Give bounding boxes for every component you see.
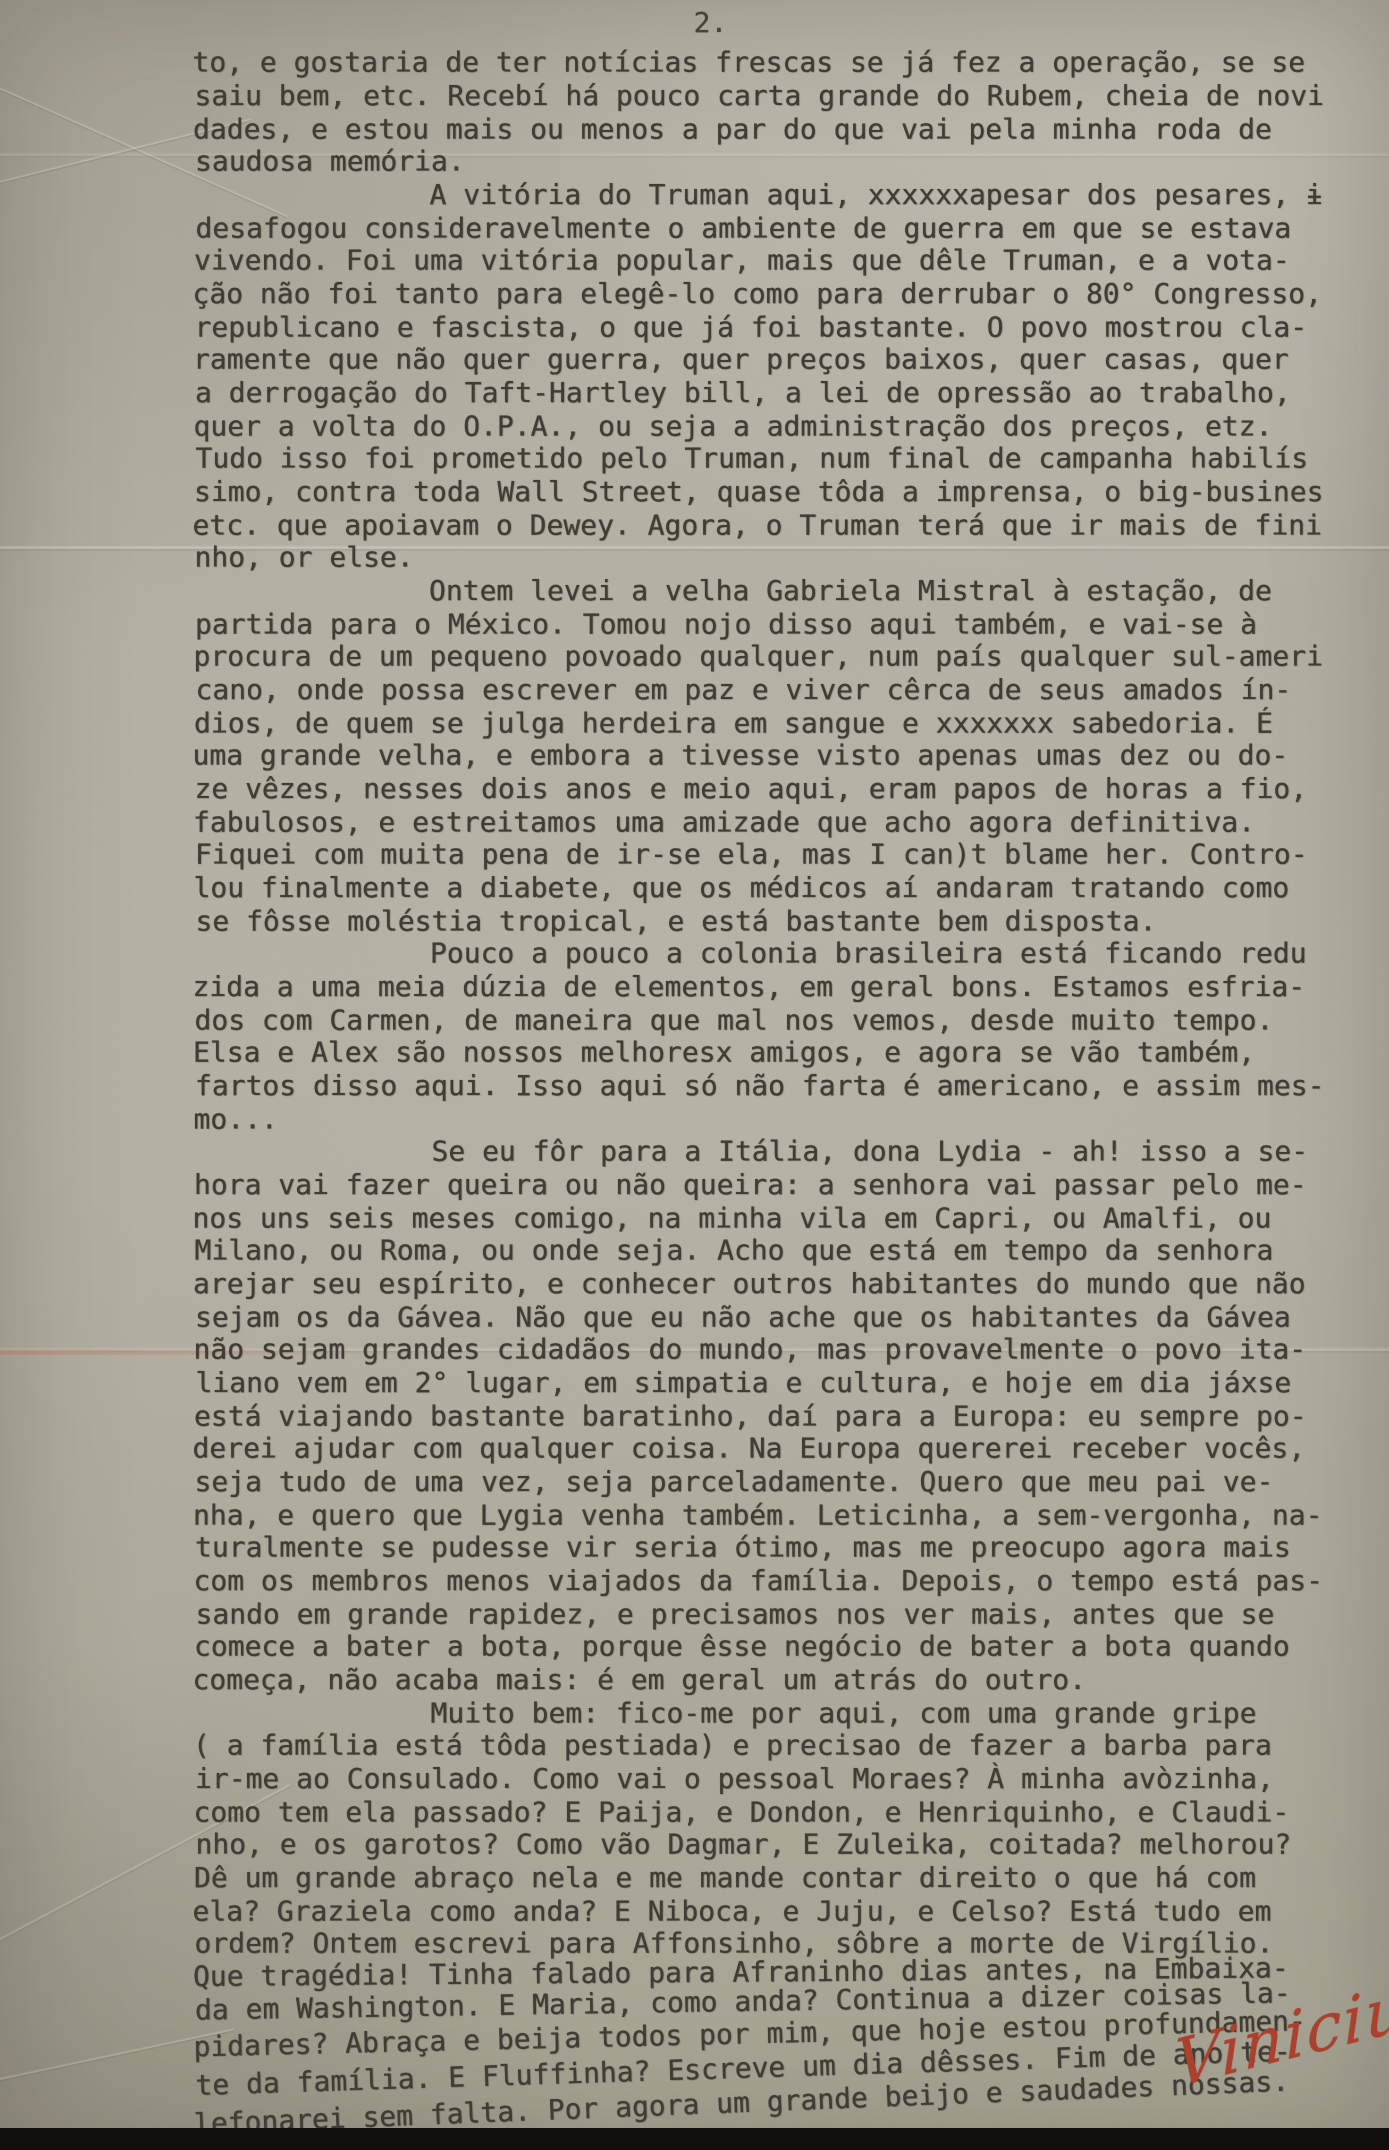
letter-line: fartos disso aqui. Isso aqui só não fart…	[195, 1069, 1355, 1102]
scanned-letter-page-2: 2. to, e gostaria de ter notícias fresca…	[0, 0, 1389, 2150]
letter-line: dios, de quem se julga herdeira em sangu…	[194, 707, 1354, 740]
letter-line: saudosa memória.	[195, 144, 1355, 177]
letter-line: começa, não acaba mais: é em geral um at…	[193, 1663, 1353, 1696]
letter-line: saiu bem, etc. Recebí há pouco carta gra…	[195, 79, 1355, 112]
letter-line: derei ajudar com qualquer coisa. Na Euro…	[193, 1431, 1353, 1464]
letter-line: procura de um pequeno povoado qualquer, …	[194, 639, 1354, 672]
letter-line: se fôsse moléstia tropical, e está basta…	[196, 905, 1356, 938]
letter-line: lou finalmente a diabete, que os médicos…	[194, 871, 1354, 904]
letter-line: Ontem levei a velha Gabriela Mistral à e…	[193, 574, 1353, 607]
letter-line: to, e gostaria de ter notícias frescas s…	[193, 45, 1353, 78]
letter-line: ( a família está tôda pestiada) e precis…	[193, 1728, 1353, 1761]
letter-line: turalmente se pudesse vir seria ótimo, m…	[195, 1530, 1355, 1563]
letter-line: simo, contra toda Wall Street, quase tôd…	[194, 475, 1354, 508]
letter-line: ela? Graziela como anda? E Niboca, e Juj…	[193, 1895, 1353, 1928]
letter-line: ramente que não quer guerra, quer preços…	[193, 342, 1353, 375]
letter-line: A vitória do Truman aqui, xxxxxxapesar d…	[194, 178, 1354, 211]
letter-line: Tudo isso foi prometido pelo Truman, num…	[196, 441, 1356, 474]
letter-line: está viajando bastante baratinho, daí pa…	[194, 1400, 1354, 1433]
letter-line: mo...	[194, 1103, 1354, 1136]
letter-line: etc. que apoiavam o Dewey. Agora, o Trum…	[193, 509, 1353, 542]
letter-line: uma grande velha, e embora a tivesse vis…	[193, 738, 1353, 771]
letter-line: dades, e estou mais ou menos a par do qu…	[193, 113, 1353, 146]
letter-line: sejam os da Gávea. Não que eu não ache q…	[195, 1301, 1355, 1334]
letter-line: Fiquei com muita pena de ir-se ela, mas …	[195, 837, 1355, 870]
letter-line: com os membros menos viajados da família…	[194, 1564, 1354, 1597]
letter-line: como tem ela passado? E Paija, e Dondon,…	[194, 1796, 1354, 1829]
letter-line: ção não foi tanto para elegê-lo como par…	[193, 277, 1353, 310]
page-number: 2.	[16, 6, 1389, 39]
paper-sheet: 2. to, e gostaria de ter notícias fresca…	[0, 0, 1389, 2150]
letter-line: dos com Carmen, de maneira que mal nos v…	[195, 1004, 1355, 1037]
letter-line: republicano e fascista, o que já foi bas…	[195, 311, 1355, 344]
letter-line: sando em grande rapidez, e precisamos no…	[196, 1598, 1356, 1631]
letter-line: fabulosos, e estreitamos uma amizade que…	[193, 806, 1353, 839]
letter-line: comece a bater a bota, porque êsse negóc…	[194, 1629, 1354, 1662]
letter-line: arejar seu espírito, e conhecer outros h…	[193, 1267, 1353, 1300]
letter-line: Elsa e Alex são nossos melhoresx amigos,…	[193, 1035, 1353, 1068]
letter-body: to, e gostaria de ter notícias frescas s…	[194, 46, 1354, 2140]
letter-line: não sejam grandes cidadãos do mundo, mas…	[194, 1332, 1354, 1365]
letter-line: nos uns seis meses comigo, na minha vila…	[193, 1202, 1353, 1235]
letter-line: Muito bem: fico-me por aqui, com uma gra…	[195, 1697, 1355, 1730]
scanner-edge	[0, 2128, 1389, 2150]
letter-line: Se eu fôr para a Itália, dona Lydia - ah…	[196, 1134, 1356, 1167]
letter-line: nho, or else.	[195, 540, 1355, 573]
letter-line: desafogou consideravelmente o ambiente d…	[196, 212, 1356, 245]
letter-line: Dê um grande abraço nela e me mande cont…	[194, 1861, 1354, 1894]
letter-line: cano, onde possa escrever em paz e viver…	[196, 673, 1356, 706]
letter-line: seja tudo de uma vez, seja parceladament…	[195, 1465, 1355, 1498]
letter-line: hora vai fazer queira ou não queira: a s…	[194, 1168, 1354, 1201]
letter-line: quer a volta do O.P.A., ou seja a admini…	[194, 410, 1354, 443]
letter-line: ze vêzes, nesses dois anos e meio aqui, …	[195, 772, 1355, 805]
letter-line: ir-me ao Consulado. Como vai o pessoal M…	[195, 1762, 1355, 1795]
letter-line: vivendo. Foi uma vitória popular, mais q…	[194, 243, 1354, 276]
letter-line: zida a uma meia dúzia de elementos, em g…	[193, 970, 1353, 1003]
letter-line: partida para o México. Tomou nojo disso …	[195, 608, 1355, 641]
letter-line: liano vem em 2° lugar, em simpatia e cul…	[196, 1366, 1356, 1399]
letter-line: Pouco a pouco a colonia brasileira está …	[194, 936, 1354, 969]
letter-line: Milano, ou Roma, ou onde seja. Acho que …	[195, 1233, 1355, 1266]
letter-line: nha, e quero que Lygia venha também. Let…	[193, 1499, 1353, 1532]
letter-line: nho, e os garotos? Como vão Dagmar, E Zu…	[196, 1827, 1356, 1860]
letter-line: a derrogação do Taft-Hartley bill, a lei…	[195, 376, 1355, 409]
